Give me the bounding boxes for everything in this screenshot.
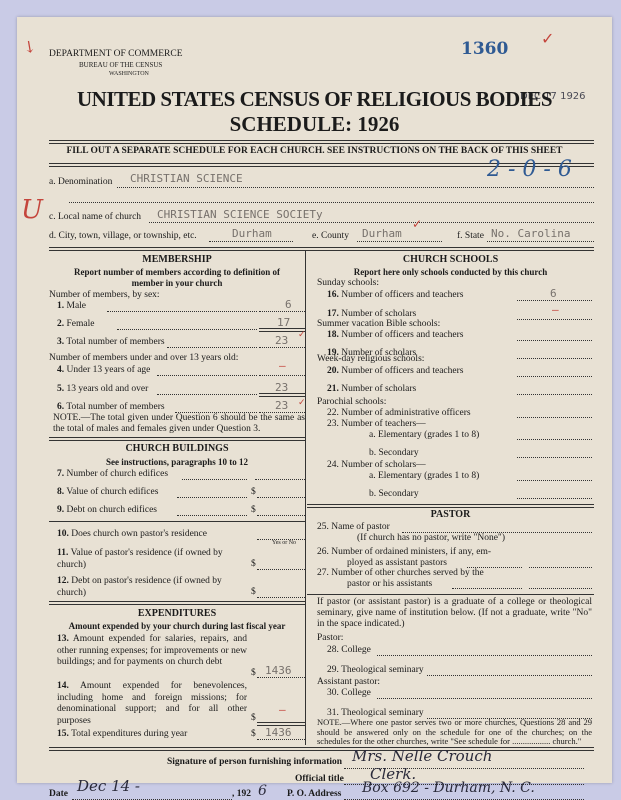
year-prefix: , 192 (232, 789, 251, 799)
q24a-label: a. Elementary (grades 1 to 8) (369, 471, 479, 481)
q8-label: 8. Value of church edifices (57, 487, 158, 497)
q1-label: 1. Male (57, 301, 86, 311)
q10-label: 10. Does church own pastor's residence (57, 529, 207, 539)
city-field[interactable]: Durham (232, 227, 272, 240)
graduate-note: If pastor (or assistant pastor) is a gra… (317, 597, 592, 630)
dollar-sign: $ (251, 587, 256, 597)
schools-subtitle: Report here only schools conducted by th… (307, 267, 594, 277)
year-field[interactable]: 6 (258, 783, 267, 799)
address-field[interactable]: Box 692 - Durham, N. C. (362, 780, 535, 796)
red-check-icon: ✓ (412, 217, 422, 231)
dollar-sign: $ (251, 487, 256, 497)
dollar-sign: $ (251, 505, 256, 515)
male-count-field[interactable]: 6 (285, 298, 292, 311)
local-name-label: c. Local name of church (49, 212, 141, 222)
over-13-field[interactable]: 23 (275, 381, 288, 394)
q16-label: 16. Number of officers and teachers (327, 290, 463, 300)
red-check-icon: ✓ (298, 398, 306, 408)
q7-label: 7. Number of church edifices (57, 469, 168, 479)
margin-mark: U (21, 195, 43, 225)
county-label: e. County (312, 231, 349, 241)
q5-label: 5. 13 years old and over (57, 384, 148, 394)
by-sex-label: Number of members, by sex: (49, 290, 160, 300)
page-subtitle: SCHEDULE: 1926 (17, 112, 612, 137)
sunday-schools-label: Sunday schools: (317, 278, 379, 288)
instruction-banner: FILL OUT A SEPARATE SCHEDULE FOR EACH CH… (17, 146, 612, 156)
expenditures-subtitle: Amount expended by your church during la… (49, 621, 305, 631)
county-field[interactable]: Durham (362, 227, 402, 240)
bureau-label: BUREAU OF THE CENSUS (79, 61, 162, 69)
signature-field[interactable]: Mrs. Nelle Crouch (352, 747, 492, 765)
department-label: DEPARTMENT OF COMMERCE (49, 49, 183, 59)
pastor-label: Pastor: (317, 633, 343, 643)
under-13-field[interactable]: — (279, 359, 286, 372)
red-check-icon: ↘ (19, 35, 41, 58)
q11-label: 11. Value of pastor's residence (if owne… (57, 547, 247, 571)
expenditures-title: EXPENDITURES (49, 608, 305, 619)
female-count-field[interactable]: 17 (277, 316, 290, 329)
parochial-schools-label: Parochial schools: (317, 397, 386, 407)
city-label: d. City, town, village, or township, etc… (49, 231, 197, 241)
membership-title: MEMBERSHIP (49, 254, 305, 265)
state-field[interactable]: No. Carolina (491, 227, 570, 240)
q28-label: 28. College (327, 645, 371, 655)
q12-label: 12. Debt on pastor's residence (if owned… (57, 575, 247, 599)
assistant-pastor-label: Assistant pastor: (317, 677, 380, 687)
state-label: f. State (457, 231, 484, 241)
q23a-label: a. Elementary (grades 1 to 8) (369, 430, 479, 440)
q17-label: 17. Number of scholars (327, 309, 416, 319)
pastor-title: PASTOR (307, 509, 594, 520)
q2-label: 2. Female (57, 319, 94, 329)
q21-label: 21. Number of scholars (327, 384, 416, 394)
q23-label: 23. Number of teachers— (327, 419, 426, 429)
schools-title: CHURCH SCHOOLS (307, 254, 594, 265)
benevolences-field[interactable]: — (279, 703, 286, 716)
dollar-sign: $ (251, 668, 256, 678)
buildings-subtitle: See instructions, paragraphs 10 to 12 (49, 457, 305, 467)
total-members-age-field[interactable]: 23 (275, 399, 288, 412)
q30-label: 30. College (327, 688, 371, 698)
q9-label: 9. Debt on church edifices (57, 505, 157, 515)
dollar-sign: $ (251, 729, 256, 739)
by-age-label: Number of members under and over 13 year… (49, 353, 238, 363)
q22-label: 22. Number of administrative officers (327, 408, 471, 418)
running-expenses-field[interactable]: 1436 (265, 664, 292, 677)
q15-label: 15. Total expenditures during year (57, 729, 187, 739)
weekday-schools-label: Week-day religious schools: (317, 354, 424, 364)
q20-label: 20. Number of officers and teachers (327, 366, 463, 376)
signature-label: Signature of person furnishing informati… (167, 757, 342, 767)
date-label: Date (49, 789, 68, 799)
denomination-field[interactable]: CHRISTIAN SCIENCE (130, 172, 243, 185)
census-schedule-document: DEPARTMENT OF COMMERCE BUREAU OF THE CEN… (17, 17, 612, 783)
total-expenditures-field[interactable]: 1436 (265, 726, 292, 739)
q24b-label: b. Secondary (369, 489, 419, 499)
city-label: WASHINGTON (109, 71, 149, 77)
q3-label: 3. Total number of members (57, 337, 165, 347)
red-check-icon: ✓ (541, 29, 554, 48)
membership-note: NOTE.—The total given under Question 6 s… (53, 413, 305, 435)
q25-hint: (If church has no pastor, write "None") (357, 533, 505, 543)
dollar-sign: $ (251, 713, 256, 723)
q24-label: 24. Number of scholars— (327, 460, 426, 470)
q13-label: 13. Amount expended for salaries, repair… (57, 634, 247, 669)
official-title-label: Official title (295, 774, 344, 784)
q27-label-line2: pastor or his assistants (347, 579, 432, 589)
denomination-label: a. Denomination (49, 177, 112, 187)
q26-label-line2: ployed as assistant pastors (347, 558, 447, 568)
stamp-number: 1360 (461, 39, 508, 59)
q25-label: 25. Name of pastor (317, 522, 390, 532)
q26-label-line1: 26. Number of ordained ministers, if any… (317, 547, 491, 557)
red-check-icon: ✓ (298, 330, 306, 340)
q27-label-line1: 27. Number of other churches served by t… (317, 568, 484, 578)
membership-subtitle: Report number of members according to de… (57, 267, 297, 289)
q14-label: 14. Amount expended for benevolences, in… (57, 681, 247, 727)
local-name-field[interactable]: CHRISTIAN SCIENCE SOCIETy (157, 208, 323, 221)
q18-label: 18. Number of officers and teachers (327, 330, 463, 340)
sunday-scholars-field[interactable]: — (552, 303, 559, 316)
handwritten-code: 2 - 0 - 6 (487, 157, 572, 182)
summer-schools-label: Summer vacation Bible schools: (317, 319, 440, 329)
q29-label: 29. Theological seminary (327, 665, 424, 675)
buildings-title: CHURCH BUILDINGS (49, 443, 305, 454)
q23b-label: b. Secondary (369, 448, 419, 458)
q4-label: 4. Under 13 years of age (57, 365, 150, 375)
q6-label: 6. Total number of members (57, 402, 165, 412)
address-label: P. O. Address (287, 789, 341, 799)
sunday-teachers-field[interactable]: 6 (550, 287, 557, 300)
page-title: UNITED STATES CENSUS OF RELIGIOUS BODIES (17, 87, 612, 112)
total-members-field[interactable]: 23 (275, 334, 288, 347)
pastor-note: NOTE.—Where one pastor serves two or mor… (317, 718, 592, 747)
date-field[interactable]: Dec 14 - (77, 777, 140, 795)
dollar-sign: $ (251, 559, 256, 569)
yes-no-hint: Yes or No (272, 540, 296, 546)
